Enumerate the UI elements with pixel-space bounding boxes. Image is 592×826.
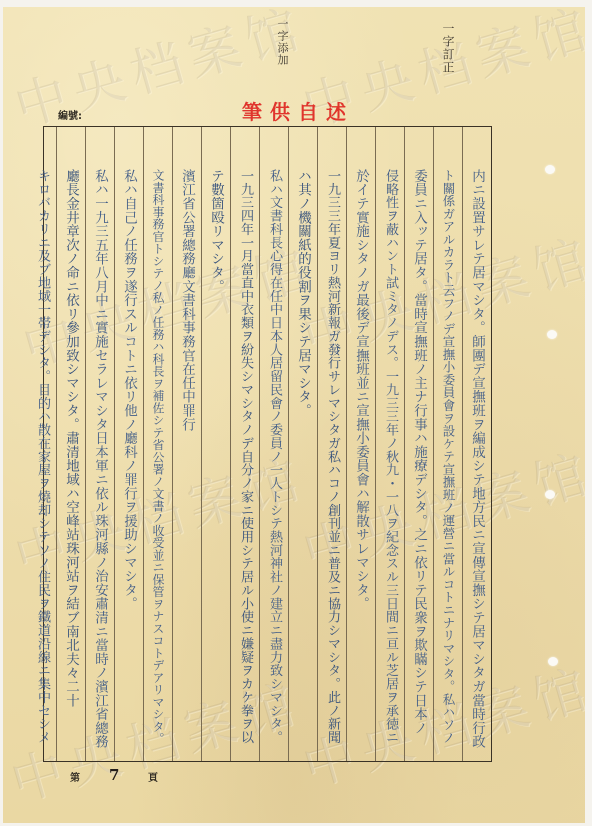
handwritten-line: 侵略性ヲ蔽ハント試ミタノデス。一九三三年ノ秋九・一八ヲ紀念スル三日間ニ亘ル芝居ヲ… bbox=[376, 169, 404, 755]
handwritten-line: 私ハ一九三五年八月中ニ實施セラレマシタ日本軍ニ依ル珠河縣ノ治安肅清ニ當時ノ濱江省… bbox=[86, 169, 114, 755]
page-number-footer: 第 7 頁 bbox=[3, 769, 585, 789]
form-title: 筆供自述 bbox=[242, 96, 354, 125]
punch-hole bbox=[545, 490, 555, 499]
page-number: 7 bbox=[109, 766, 119, 784]
page-suffix: 頁 bbox=[148, 769, 158, 784]
handwritten-line: 文書科事務官トシテノ私ノ任務ハ科長ヲ補佐シテ省公署ノ文書ノ收受並ニ保管ヲナスコト… bbox=[144, 169, 172, 755]
grid-column: 私ハ一九三五年八月中ニ實施セラレマシタ日本軍ニ依ル珠河縣ノ治安肅清ニ當時ノ濱江省… bbox=[85, 127, 114, 761]
page-prefix: 第 bbox=[70, 769, 80, 784]
handwritten-line: ハ其ノ機關紙的役割ヲ果シテ居マシタ。 bbox=[289, 169, 317, 755]
section-heading-line: 濱江省公署總務廳文書科事務官在任中罪行 bbox=[173, 169, 201, 755]
handwritten-line: 一九三四年一月當直中衣類ヲ紛失シマシタノデ自分ノ家ニ使用シテ居ル小使ニ嫌疑ヲカケ… bbox=[231, 169, 259, 755]
ruled-writing-grid: 内ニ設置サレテ居マシタ。師團デ宣撫班ヲ編成シテ地方民ニ宣傳宣撫シテ居マシタガ當時… bbox=[43, 126, 492, 762]
margin-note-insertion: 一字添加 bbox=[274, 18, 290, 66]
grid-column: ト關係ガアルカラト云フノデ宣撫小委員會ヲ設ケテ宣撫班ノ運營ニ當ルコトニナリマシタ… bbox=[433, 127, 462, 761]
grid-column: 廳長金井章次ノ命ニ依リ參加致シマシタ。肅清地域ハ空峰站珠河站ヲ結ブ南北夫々二十 bbox=[56, 127, 85, 761]
handwritten-line: 私ハ自己ノ任務ヲ遂行スルコトニ依リ他ノ廳科ノ罪行ヲ援助シマシタ。 bbox=[115, 169, 143, 755]
archival-document-page: 中央档案馆 中央档案馆 中央档案馆 中央档案馆 中央档案馆 中央档案馆 中央档案… bbox=[3, 7, 585, 823]
handwritten-line: 私ハ文書科長心得在任中日本人居留民會ノ委員ノ一人トシテ熱河神社ノ建立ニ盡力致シマ… bbox=[260, 169, 288, 755]
handwritten-line: 廳長金井章次ノ命ニ依リ參加致シマシタ。肅清地域ハ空峰站珠河站ヲ結ブ南北夫々二十 bbox=[57, 169, 85, 755]
handwritten-line: 一九三三年夏ヨリ熱河新報ガ發行サレマシタガ私ハコノ創刊並ニ普及ニ協力シマシタ。此… bbox=[318, 169, 346, 755]
grid-column: 侵略性ヲ蔽ハント試ミタノデス。一九三三年ノ秋九・一八ヲ紀念スル三日間ニ亘ル芝居ヲ… bbox=[375, 127, 404, 761]
grid-column: 一九三四年一月當直中衣類ヲ紛失シマシタノデ自分ノ家ニ使用シテ居ル小使ニ嫌疑ヲカケ… bbox=[230, 127, 259, 761]
grid-column: 私ハ自己ノ任務ヲ遂行スルコトニ依リ他ノ廳科ノ罪行ヲ援助シマシタ。 bbox=[114, 127, 143, 761]
punch-hole bbox=[548, 657, 558, 666]
margin-note-correction: 一字訂正 bbox=[440, 22, 457, 74]
punch-hole bbox=[545, 165, 555, 174]
handwritten-line: テ數箇殴リマシタ。 bbox=[202, 169, 230, 755]
grid-column: ハ其ノ機關紙的役割ヲ果シテ居マシタ。 bbox=[288, 127, 317, 761]
handwritten-line: キロバカリニ及ブ地域一帯デシタ。目的ハ散在家屋ヲ燒却シテソノ住民ヲ鐵道沿線ニ集中… bbox=[28, 169, 56, 755]
grid-column: 私ハ文書科長心得在任中日本人居留民會ノ委員ノ一人トシテ熱河神社ノ建立ニ盡力致シマ… bbox=[259, 127, 288, 761]
handwritten-line: 於イテ實施シタノガ最後デ宣撫班並ニ宣撫小委員會ハ解散サレマシタ。 bbox=[347, 169, 375, 755]
grid-column: 濱江省公署總務廳文書科事務官在任中罪行 bbox=[172, 127, 201, 761]
handwritten-line: ト關係ガアルカラト云フノデ宣撫小委員會ヲ設ケテ宣撫班ノ運營ニ當ルコトニナリマシタ… bbox=[434, 169, 462, 755]
grid-column: 一九三三年夏ヨリ熱河新報ガ發行サレマシタガ私ハコノ創刊並ニ普及ニ協力シマシタ。此… bbox=[317, 127, 346, 761]
grid-column: 於イテ實施シタノガ最後デ宣撫班並ニ宣撫小委員會ハ解散サレマシタ。 bbox=[346, 127, 375, 761]
grid-column: キロバカリニ及ブ地域一帯デシタ。目的ハ散在家屋ヲ燒却シテソノ住民ヲ鐵道沿線ニ集中… bbox=[28, 127, 56, 761]
handwritten-line: 委員ニ入ッテ居タ。當時宣撫班ノ主ナ行事ハ施療デシタ。之ニ依リテ民衆ヲ欺瞞シテ日本… bbox=[405, 169, 433, 755]
punch-hole bbox=[547, 330, 557, 339]
serial-number-label: 編號: bbox=[58, 107, 82, 122]
grid-column: 内ニ設置サレテ居マシタ。師團デ宣撫班ヲ編成シテ地方民ニ宣傳宣撫シテ居マシタガ當時… bbox=[462, 127, 491, 761]
grid-column: 文書科事務官トシテノ私ノ任務ハ科長ヲ補佐シテ省公署ノ文書ノ收受並ニ保管ヲナスコト… bbox=[143, 127, 172, 761]
grid-column: 委員ニ入ッテ居タ。當時宣撫班ノ主ナ行事ハ施療デシタ。之ニ依リテ民衆ヲ欺瞞シテ日本… bbox=[404, 127, 433, 761]
handwritten-line: 内ニ設置サレテ居マシタ。師團デ宣撫班ヲ編成シテ地方民ニ宣傳宣撫シテ居マシタガ當時… bbox=[463, 169, 491, 755]
grid-column: テ數箇殴リマシタ。 bbox=[201, 127, 230, 761]
